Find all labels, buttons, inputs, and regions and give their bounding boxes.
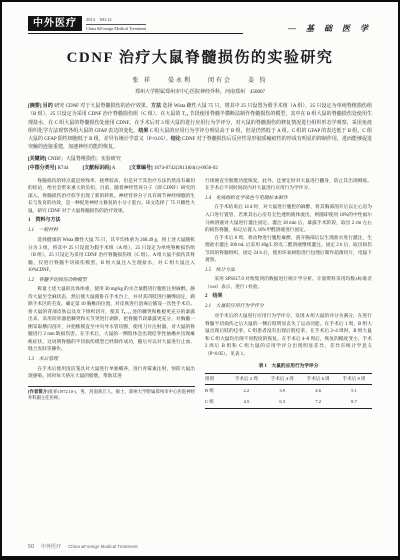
- affiliation-line: 郑州大学附属郑州市中心医院神经外科，河南郑州 450007: [28, 88, 372, 95]
- keywords-label: [关键词]: [28, 157, 46, 162]
- table-header-cell: 手术后 2 周: [228, 373, 264, 384]
- heading-general-materials: 1.1 一般材料: [28, 227, 195, 235]
- journal-name-en: China &Foreign Medical Treatment: [86, 26, 146, 31]
- table-header-cell: 手术后 8 周: [336, 373, 372, 384]
- abstract-label: [摘要]: [28, 104, 42, 109]
- table-cell: 4.6: [300, 384, 336, 396]
- article-id-value: 1674-0742(2013)04(c)-0050-02: [153, 166, 218, 171]
- article-title: CDNF 治疗大鼠脊髓损伤的实验研究: [28, 46, 372, 67]
- heading-behavior-score: 2.1 大鼠的应用行为学评分: [205, 303, 372, 311]
- body-columns: 脊髓损伤的特点就是致残率、耗费较高，但是对于其治疗方法仍然没有确切的结论，给社会…: [28, 178, 372, 409]
- immunohistochemistry-paragraph-1: 在手术结束后 14 d 时，对大鼠进行腹腔的麻醉，将其胸部剖开后以左心房为入口进…: [205, 204, 372, 234]
- classification-line: [中图分类号] R744[文献标识码] A[文章编号] 1674-0742(20…: [28, 164, 372, 171]
- left-column: 脊髓损伤的特点就是致残率、耗费较高，但是对于其治疗方法仍然没有确切的结论，给社会…: [28, 178, 195, 409]
- table-header-cell: 组别: [205, 373, 228, 384]
- journal-logo: 中外医疗: [28, 16, 82, 31]
- table-cell: 8.7: [336, 396, 372, 408]
- author-bio-text: 张祥(1972.10-)，男，河南商丘人，硕士，郑州大学附属郑州市中心医院神经外…: [28, 389, 195, 401]
- heading-results: 2 结果: [205, 293, 372, 301]
- page-header: 中外医疗 2013 NO.12 China &Foreign Medical T…: [28, 16, 372, 34]
- abstract-objective-label: 目的: [42, 104, 55, 109]
- author-bio-footnote: [作者简介]张祥(1972.10-)，男，河南商丘人，硕士，郑州大学附属郑州市中…: [28, 386, 195, 402]
- intro-paragraph: 脊髓损伤的特点就是致残率、耗费较高，但是对于其治疗方法仍然没有确切的结论，给社会…: [28, 178, 195, 216]
- table-cell: 6.3: [264, 396, 300, 408]
- postop-care-paragraph: 在手术后使用清洁笼具对大鼠进行单独哺养，进行青霉素注射，预防大鼠出现感染。同时每…: [28, 366, 195, 381]
- table-cell: 7.2: [300, 396, 336, 408]
- keywords-text: CNDF；大鼠脊椎损伤；实验研究: [46, 157, 121, 162]
- table-caption: 表 1 大鼠的应用行为学评分: [205, 363, 372, 371]
- table-header-cell: 手术后 4 周: [264, 373, 300, 384]
- doc-code-label: [文献标识码]: [82, 166, 110, 171]
- page-number: 50: [28, 544, 34, 550]
- heading-immunohistochemistry: 1.4 免疫组织化学染色与电镜标本制作: [205, 195, 372, 203]
- behavior-score-table: 组别 手术后 2 周 手术后 4 周 手术后 6 周 手术后 8 周 B 组 2…: [205, 373, 372, 409]
- abstract-conclusion-label: 结论: [171, 137, 182, 142]
- doc-code-value: A: [111, 166, 116, 171]
- abstract-method-label: 方法: [151, 104, 162, 109]
- table-cell: 5.1: [336, 384, 372, 396]
- heading-injury-model: 1.2 脊髓半切损伤动物模型: [28, 277, 195, 285]
- right-column: 行排便直至膀胱功能恢复。此外，还要定时对大鼠进行翻身，防止其出现褥疮。在手术后不…: [205, 178, 372, 409]
- footer-journal-en: China &Foreign Medical Treatment: [68, 544, 138, 549]
- table-cell: 4.5: [228, 396, 264, 408]
- postop-care-continued: 行排便直至膀胱功能恢复。此外，还要定时对大鼠进行翻身，防止其出现褥疮。在手术后不…: [205, 178, 372, 193]
- table-cell: B 组: [205, 384, 228, 396]
- section-dash: —: [288, 24, 296, 33]
- page-footer: 50 中外医疗 China &Foreign Medical Treatment: [28, 543, 138, 550]
- authors-line: 张 祥 晏永利 闵有会 姜 钧: [28, 75, 372, 84]
- abstract-result-label: 结果: [138, 129, 149, 134]
- section-name: 基 础 医 学: [306, 24, 372, 33]
- table-row: C 组 4.5 6.3 7.2 8.7: [205, 396, 372, 408]
- injury-model-paragraph: 称量上述大鼠的具体体重，使用 30 mg/kg 的水合氯醛进行腹腔注射麻醉。静待…: [28, 286, 195, 354]
- table-row: B 组 2.2 3.9 4.6 5.1: [205, 384, 372, 396]
- article-id-label: [文章编号]: [129, 166, 152, 171]
- author-bio-label: [作者简介]: [28, 389, 49, 394]
- immunohistochemistry-paragraph-2: 在手术后 8 周，将动物进行腹腔麻醉，剖开胸部后以生理盐水进行灌注，生理盐水灌注…: [205, 235, 372, 265]
- journal-masthead: 中外医疗 2013 NO.12 China &Foreign Medical T…: [28, 16, 243, 34]
- materials-paragraph: 选择健康的 Wista 雌性大鼠 75 只，其平均体重为 268.49 g，将上…: [28, 237, 195, 275]
- section-label: —基 础 医 学: [288, 23, 372, 34]
- abstract-objective-text: 研究 CDNF 对于大鼠脊髓损伤的治疗效果。: [54, 104, 151, 109]
- table-cell: 3.9: [264, 384, 300, 396]
- table-cell: C 组: [205, 396, 228, 408]
- journal-issue: 2013 NO.12: [86, 17, 146, 25]
- footer-journal-cn: 中外医疗: [41, 543, 61, 550]
- abstract-block: [摘要] 目的 研究 CDNF 对于大鼠脊髓损伤的治疗效果。方法 选择 Wist…: [28, 103, 372, 153]
- behavior-score-paragraph: 对手术后的大鼠进行应用行为学评分，发现 A 组大鼠的评分为满分，在进行脊髓半切损…: [205, 313, 372, 358]
- heading-statistics: 1.5 统计方法: [205, 267, 372, 275]
- clc-label: [中图分类号]: [28, 166, 56, 171]
- heading-materials-methods: 1 资料与方法: [28, 217, 195, 225]
- table-header-row: 组别 手术后 2 周 手术后 4 周 手术后 6 周 手术后 8 周: [205, 373, 372, 384]
- statistics-paragraph: 采用 SPSS17.0 对收集到的数据进行统计学分析。计量资料采用均数±标准差（…: [205, 276, 372, 291]
- table-cell: 2.2: [228, 384, 264, 396]
- journal-page: 中外医疗 2013 NO.12 China &Foreign Medical T…: [0, 0, 400, 560]
- clc-value: R744: [56, 166, 68, 171]
- table-header-cell: 手术后 6 周: [300, 373, 336, 384]
- keywords-line: [关键词] CNDF；大鼠脊椎损伤；实验研究: [28, 155, 372, 162]
- journal-meta: 2013 NO.12 China &Foreign Medical Treatm…: [86, 17, 146, 31]
- heading-postop-care: 1.3 术后管理: [28, 356, 195, 364]
